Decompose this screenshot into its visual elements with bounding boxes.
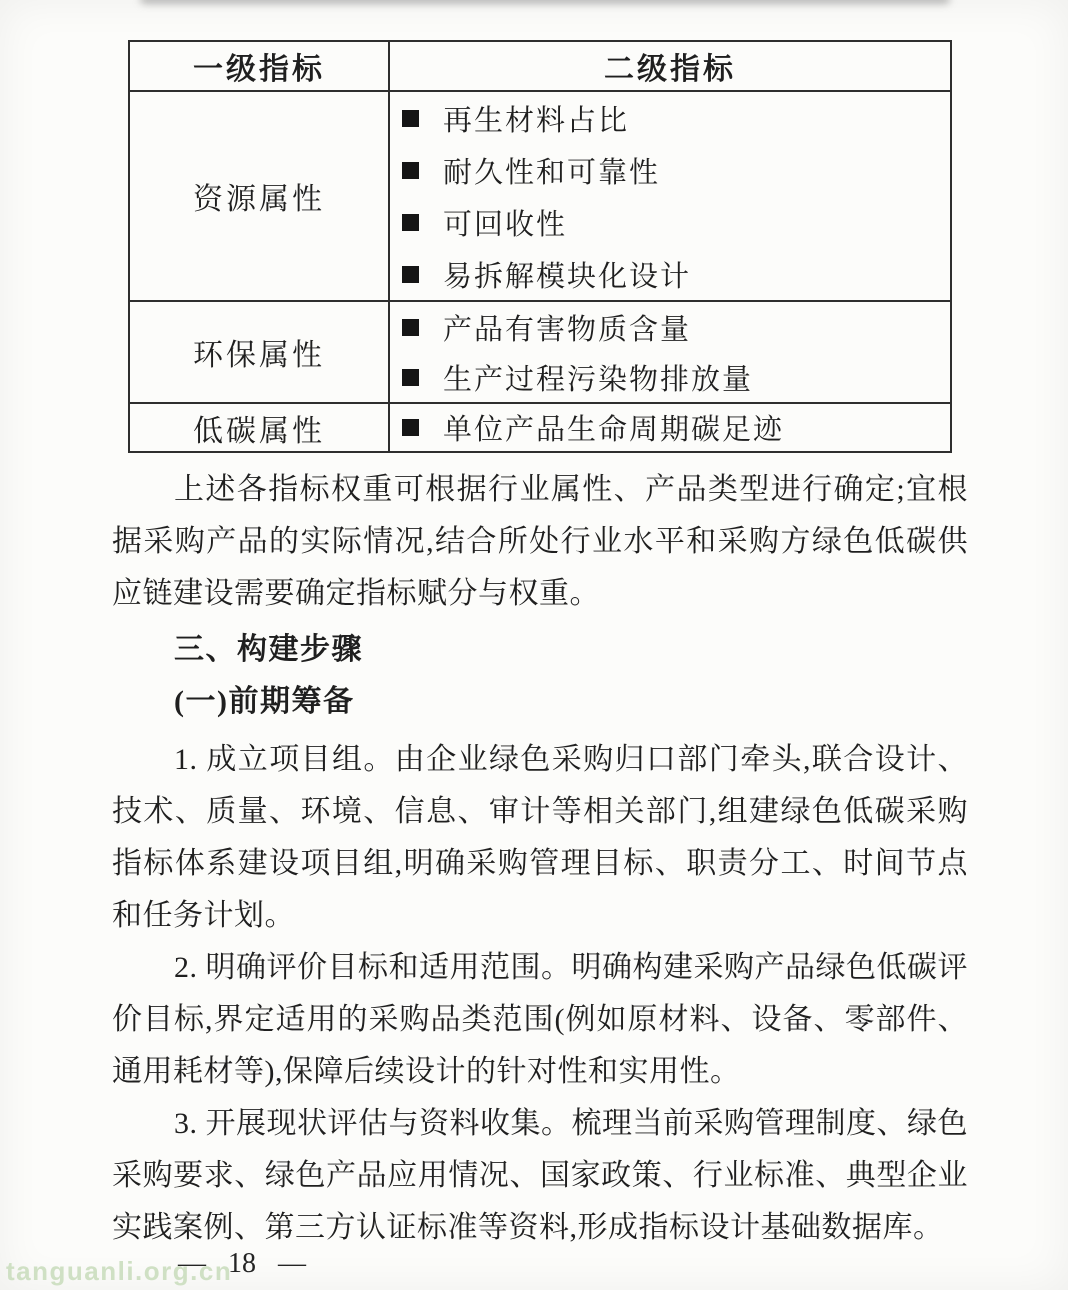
category-cell-environment: 环保属性 (129, 301, 389, 403)
indicator-item: 可回收性 (400, 196, 950, 248)
table-header-row: 一级指标 二级指标 (129, 41, 951, 91)
bullet-square-icon (402, 419, 419, 436)
indicator-items-cell: 单位产品生命周期碳足迹 (389, 403, 951, 452)
indicator-item-label: 可回收性 (443, 202, 567, 243)
indicator-item-label: 易拆解模块化设计 (443, 254, 691, 295)
scan-edge-artifact (140, 0, 950, 4)
step-3-paragraph: 3. 开展现状评估与资料收集。梳理当前采购管理制度、绿色采购要求、绿色产品应用情… (112, 1098, 968, 1254)
bullet-square-icon (402, 162, 419, 179)
table-header-level1: 一级指标 (129, 41, 389, 91)
table-row-environment: 环保属性 产品有害物质含量 生产过程污染物排放量 (129, 301, 951, 403)
indicator-table: 一级指标 二级指标 资源属性 再生材料占比 耐久性和可靠性 可回收性 (128, 40, 952, 453)
page-number-dash-right: — (278, 1248, 306, 1280)
document-page: 一级指标 二级指标 资源属性 再生材料占比 耐久性和可靠性 可回收性 (0, 0, 1068, 1290)
indicator-item: 单位产品生命周期碳足迹 (400, 405, 950, 450)
indicator-item-label: 耐久性和可靠性 (443, 150, 660, 191)
table-row-low-carbon: 低碳属性 单位产品生命周期碳足迹 (129, 403, 951, 452)
watermark-text: tanguanli.org.cn (6, 1256, 232, 1287)
category-cell-resource: 资源属性 (129, 91, 389, 301)
category-cell-low-carbon: 低碳属性 (129, 403, 389, 452)
bullet-square-icon (402, 214, 419, 231)
step-1-paragraph: 1. 成立项目组。由企业绿色采购归口部门牵头,联合设计、技术、质量、环境、信息、… (112, 734, 968, 942)
indicator-item: 再生材料占比 (400, 92, 950, 144)
indicator-items-cell: 再生材料占比 耐久性和可靠性 可回收性 易拆解模块化设计 (389, 91, 951, 301)
table-header-level2: 二级指标 (389, 41, 951, 91)
table-row-resource: 资源属性 再生材料占比 耐久性和可靠性 可回收性 易拆解模块化设计 (129, 91, 951, 301)
bullet-square-icon (402, 319, 419, 336)
step-2-paragraph: 2. 明确评价目标和适用范围。明确构建采购产品绿色低碳评价目标,界定适用的采购品… (112, 942, 968, 1098)
section-heading: 三、构建步骤 (112, 624, 968, 676)
bullet-square-icon (402, 369, 419, 386)
indicator-item-label: 生产过程污染物排放量 (443, 357, 753, 398)
indicator-item: 生产过程污染物排放量 (400, 352, 950, 402)
indicator-item: 产品有害物质含量 (400, 302, 950, 352)
indicator-items-cell: 产品有害物质含量 生产过程污染物排放量 (389, 301, 951, 403)
bullet-square-icon (402, 110, 419, 127)
intro-paragraph: 上述各指标权重可根据行业属性、产品类型进行确定;宜根据采购产品的实际情况,结合所… (112, 464, 968, 620)
indicator-item: 易拆解模块化设计 (400, 248, 950, 300)
bullet-square-icon (402, 266, 419, 283)
body-text: 上述各指标权重可根据行业属性、产品类型进行确定;宜根据采购产品的实际情况,结合所… (112, 464, 968, 1254)
indicator-item: 耐久性和可靠性 (400, 144, 950, 196)
indicator-item-label: 产品有害物质含量 (443, 307, 691, 348)
indicator-item-label: 再生材料占比 (443, 98, 629, 139)
indicator-item-label: 单位产品生命周期碳足迹 (443, 407, 784, 448)
subsection-heading: (一)前期筹备 (112, 676, 968, 728)
